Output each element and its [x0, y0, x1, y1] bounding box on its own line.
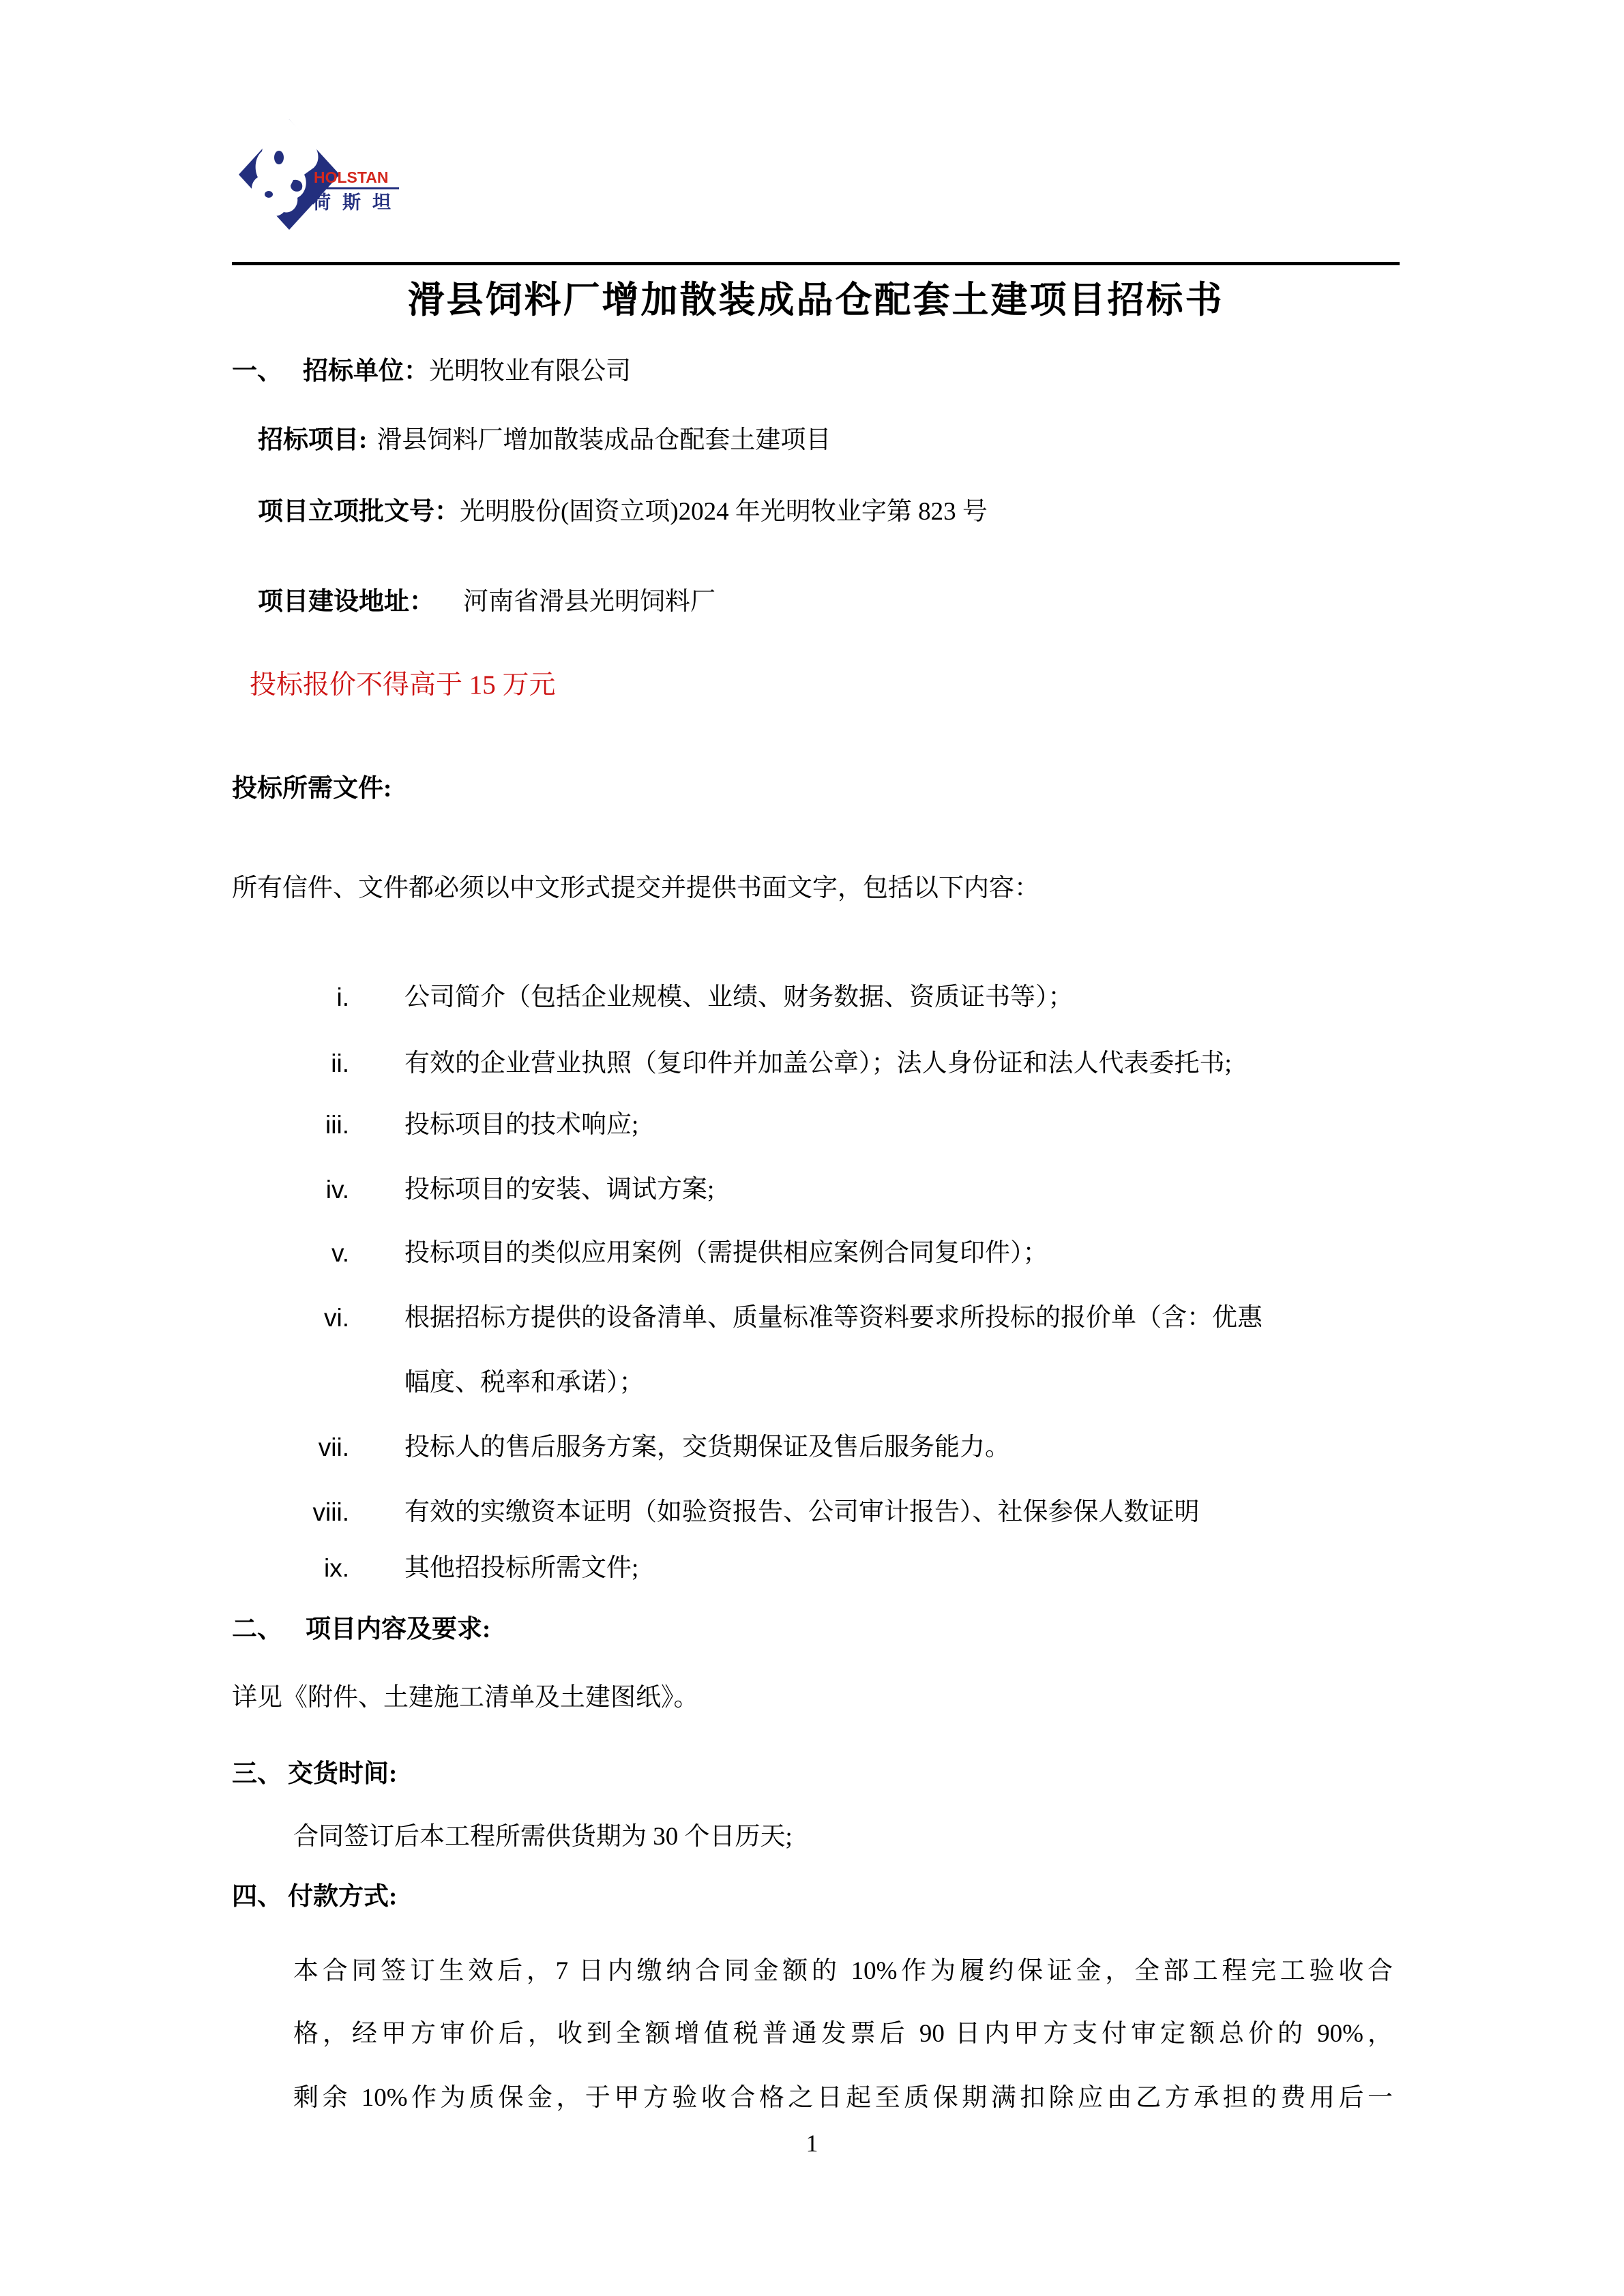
header-rule [232, 262, 1400, 265]
project-address-value: 河南省滑县光明饲料厂 [463, 588, 715, 616]
cow-eye-shape [274, 151, 284, 164]
list-numeral: i. [259, 980, 349, 1015]
section2-heading-line: 二、项目内容及要求: [232, 1612, 490, 1648]
list-numeral: viii. [259, 1495, 349, 1530]
list-numeral: vii. [259, 1430, 349, 1465]
required-documents-intro: 所有信件、文件都必须以中文形式提交并提供书面文字，包括以下内容： [232, 871, 1039, 906]
tender-project-label: 招标项目: [258, 426, 367, 454]
list-item: 有效的实缴资本证明（如验资报告、公司审计报告）、社保参保人数证明 [404, 1495, 1200, 1530]
list-numeral: ii. [259, 1046, 349, 1082]
section4-paragraph-line3: 剩余 10%作为质保金，于甲方验收合格之日起至质保期满扣除应由乙方承担的费用后一 [293, 2081, 1393, 2116]
section3-heading: 交货时间: [288, 1760, 397, 1788]
cow-nostril-shape [265, 191, 273, 198]
section2-body: 详见《附件、土建施工清单及土建图纸》。 [232, 1680, 699, 1716]
document-page: HOLSTAN 荷斯坦 滑县饲料厂增加散装成品仓配套土建项目招标书 一、招标单位… [0, 0, 1624, 2296]
list-numeral: ix. [259, 1551, 349, 1586]
section3-number: 三、 [232, 1760, 282, 1788]
list-item: 根据招标方提供的设备清单、质量标准等资料要求所投标的报价单（含：优惠 [404, 1300, 1263, 1336]
approval-number-label: 项目立项批文号： [258, 498, 460, 526]
list-numeral: v. [259, 1236, 349, 1271]
list-item: 其他招投标所需文件; [404, 1551, 638, 1586]
list-numeral: vi. [259, 1300, 349, 1336]
section1-number: 一、 [232, 357, 282, 385]
logo-brand-cn-text: 荷斯坦 [312, 192, 402, 213]
list-item: 投标人的售后服务方案，交货期保证及售后服务能力。 [404, 1430, 1010, 1465]
line-approval-number: 项目立项批文号：光明股份(固资立项)2024 年光明牧业字第 823 号 [258, 494, 988, 530]
tender-unit-label: 招标单位： [303, 357, 429, 385]
line-tender-unit: 一、招标单位：光明牧业有限公司 [232, 354, 631, 389]
holstan-logo-graphic: HOLSTAN 荷斯坦 [237, 115, 462, 241]
list-numeral: iii. [259, 1107, 349, 1143]
list-item: 有效的企业营业执照（复印件并加盖公章）；法人身份证和法人代表委托书; [404, 1046, 1232, 1082]
list-item: 投标项目的技术响应; [404, 1107, 638, 1143]
document-title: 滑县饲料厂增加散装成品仓配套土建项目招标书 [232, 278, 1400, 323]
section3-heading-line: 三、交货时间: [232, 1757, 397, 1792]
section4-paragraph-line2: 格，经甲方审价后，收到全额增值税普通发票后 90 日内甲方支付审定额总价的 90… [293, 2016, 1393, 2052]
list-item: 公司简介（包括企业规模、业绩、财务数据、资质证书等）； [404, 980, 1074, 1015]
list-item-continuation: 幅度、税率和承诺）； [404, 1365, 645, 1401]
list-item: 投标项目的安装、调试方案; [404, 1172, 714, 1208]
approval-number-value: 光明股份(固资立项)2024 年光明牧业字第 823 号 [460, 498, 988, 526]
list-numeral: iv. [259, 1172, 349, 1208]
logo-brand-text: HOLSTAN [314, 168, 388, 186]
price-limit-notice: 投标报价不得高于 15 万元 [250, 668, 556, 703]
section4-heading-line: 四、付款方式: [232, 1879, 397, 1915]
tender-project-value: 滑县饲料厂增加散装成品仓配套土建项目 [377, 426, 831, 454]
required-documents-heading: 投标所需文件: [232, 771, 392, 807]
section2-number: 二、 [232, 1615, 282, 1643]
line-project-address: 项目建设地址：河南省滑县光明饲料厂 [258, 584, 715, 620]
tender-unit-value: 光明牧业有限公司 [429, 357, 631, 385]
project-address-label: 项目建设地址： [258, 588, 434, 616]
line-tender-project: 招标项目:滑县饲料厂增加散装成品仓配套土建项目 [258, 423, 831, 458]
list-item: 投标项目的类似应用案例（需提供相应案例合同复印件）； [404, 1236, 1048, 1271]
section3-body: 合同签订后本工程所需供货期为 30 个日历天; [293, 1819, 793, 1855]
page-number: 1 [0, 2126, 1624, 2161]
section4-paragraph-line1: 本合同签订生效后，7 日内缴纳合同金额的 10%作为履约保证金，全部工程完工验收… [293, 1954, 1393, 1989]
section2-heading: 项目内容及要求: [306, 1615, 490, 1643]
section4-number: 四、 [232, 1883, 282, 1911]
company-logo: HOLSTAN 荷斯坦 [237, 115, 462, 241]
section4-heading: 付款方式: [288, 1883, 397, 1911]
